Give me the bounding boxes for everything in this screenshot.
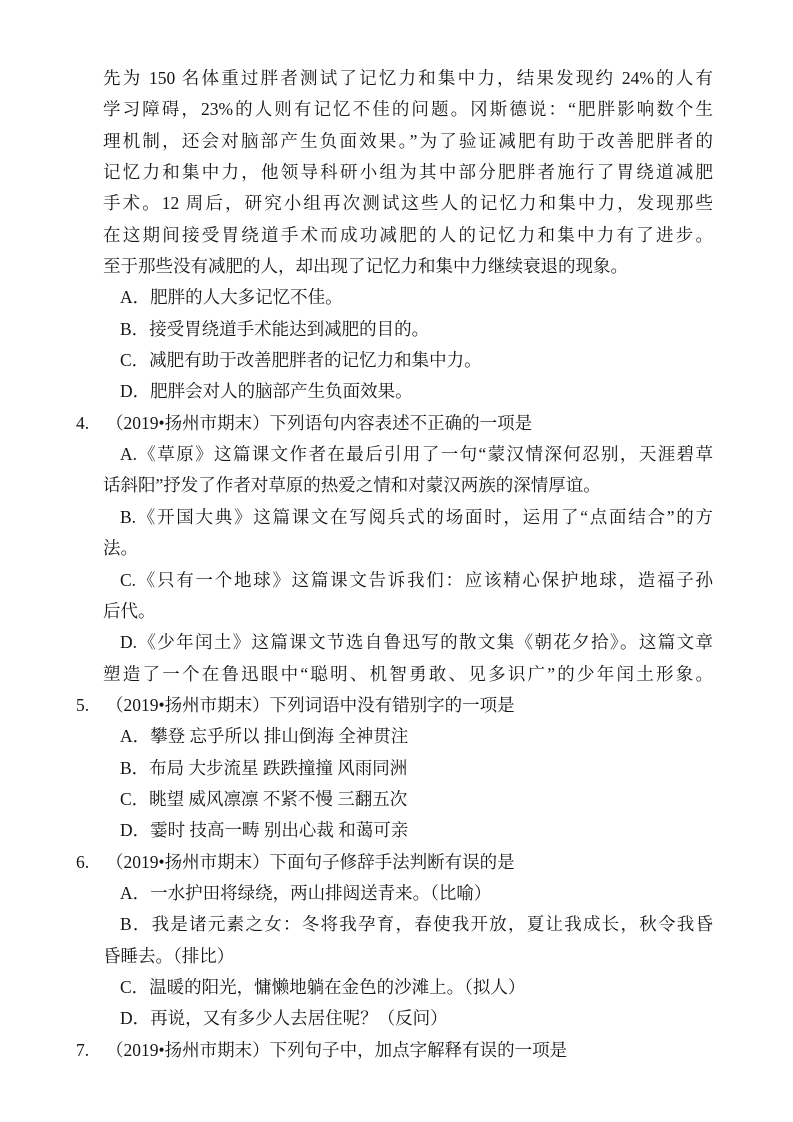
text-line: C．温暖的阳光，慵懒地躺在金色的沙滩上。（拟人） [120,972,793,1003]
question-number: 4. [76,408,106,439]
text-line: D.《少年闰土》这篇课文节选自鲁迅写的散文集《朝花夕拾》。这篇文章 [120,627,713,658]
question-line: 5.（2019•扬州市期末）下列词语中没有错别字的一项是 [76,690,793,721]
text-line: B.《开国大典》这篇课文在写阅兵式的场面时，运用了“点面结合”的方 [120,502,713,533]
text-line: B．我是诸元素之女：冬将我孕育，春使我开放，夏让我成长，秋令我昏 [120,909,713,940]
exam-text-block: 先为 150 名体重过胖者测试了记忆力和集中力，结果发现约 24%的人有学习障碍… [0,63,793,1066]
question-line: 6.（2019•扬州市期末）下面句子修辞手法判断有误的是 [76,847,793,878]
question-number: 7. [76,1035,106,1066]
text-line: A．肥胖的人大多记忆不佳。 [120,282,793,313]
question-text: （2019•扬州市期末）下列句子中，加点字解释有误的一项是 [106,1040,567,1060]
text-line: 理机制，还会对脑部产生负面效果。”为了验证减肥有助于改善肥胖者的 [103,126,713,157]
text-line: A．攀登 忘乎所以 排山倒海 全神贯注 [120,721,793,752]
text-line: 记忆力和集中力，他领导科研小组为其中部分肥胖者施行了胃绕道减肥 [103,157,713,188]
question-text: （2019•扬州市期末）下列词语中没有错别字的一项是 [106,695,515,715]
text-line: C．眺望 威风凛凛 不紧不慢 三翻五次 [120,784,793,815]
text-line: C．减肥有助于改善肥胖者的记忆力和集中力。 [120,345,793,376]
text-line: 至于那些没有减肥的人，却出现了记忆力和集中力继续衰退的现象。 [103,251,793,282]
text-line: 法。 [103,533,793,564]
question-text: （2019•扬州市期末）下列语句内容表述不正确的一项是 [106,413,532,433]
text-line: D．肥胖会对人的脑部产生负面效果。 [120,376,793,407]
text-line: 手术。12 周后，研究小组再次测试这些人的记忆力和集中力，发现那些 [103,188,713,219]
text-line: 后代。 [103,596,793,627]
question-number: 6. [76,847,106,878]
text-line: A.《草原》这篇课文作者在最后引用了一句“蒙汉情深何忍别，天涯碧草 [120,439,713,470]
text-line: D．再说，又有多少人去居住呢？（反问） [120,1003,793,1034]
text-line: A．一水护田将绿绕，两山排闼送青来。（比喻） [120,878,793,909]
text-line: 昏睡去。（排比） [103,941,793,972]
text-line: B．布局 大步流星 跌跌撞撞 风雨同洲 [120,753,793,784]
text-line: 学习障碍，23%的人则有记忆不佳的问题。冈斯德说：“肥胖影响数个生 [103,94,713,125]
text-line: 塑造了一个在鲁迅眼中“聪明、机智勇敢、见多识广”的少年闰土形象。 [103,659,713,690]
text-line: 话斜阳”抒发了作者对草原的热爱之情和对蒙汉两族的深情厚谊。 [103,470,793,501]
text-line: B．接受胃绕道手术能达到减肥的目的。 [120,314,793,345]
document-page: 先为 150 名体重过胖者测试了记忆力和集中力，结果发现约 24%的人有学习障碍… [0,0,793,1122]
question-line: 7.（2019•扬州市期末）下列句子中，加点字解释有误的一项是 [76,1035,793,1066]
text-line: D．霎时 技高一畴 别出心裁 和蔼可亲 [120,815,793,846]
question-text: （2019•扬州市期末）下面句子修辞手法判断有误的是 [106,852,515,872]
question-number: 5. [76,690,106,721]
text-line: C.《只有一个地球》这篇课文告诉我们：应该精心保护地球，造福子孙 [120,565,713,596]
text-line: 在这期间接受胃绕道手术而成功减肥的人的记忆力和集中力有了进步。 [103,220,713,251]
text-line: 先为 150 名体重过胖者测试了记忆力和集中力，结果发现约 24%的人有 [103,63,713,94]
question-line: 4.（2019•扬州市期末）下列语句内容表述不正确的一项是 [76,408,793,439]
